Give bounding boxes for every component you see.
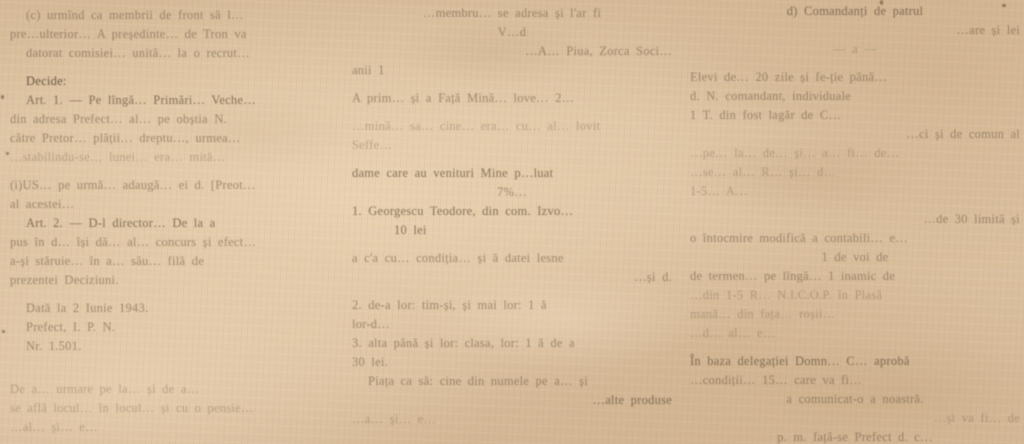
text-line: …se… al… R… și… d… xyxy=(690,163,1020,182)
text-line: …ci și de comun al xyxy=(690,125,1020,144)
text-line: …membru… se adresa și l'ar fi xyxy=(352,4,672,23)
text-line: (c) urmînd ca membrii de front să l… xyxy=(10,6,334,25)
text-line: a-și stăruie… în a… său… filă de xyxy=(10,252,334,271)
text-line: …și d. xyxy=(352,268,672,287)
text-line: 7%… xyxy=(352,183,672,202)
column-left: (c) urmînd ca membrii de front să l…pre…… xyxy=(10,0,334,437)
paper-speck xyxy=(6,152,9,155)
text-line: d. N. comandant, individuale xyxy=(690,87,1020,106)
text-line: 1-5… A… xyxy=(690,182,1020,201)
text-line: (i)US… pe urmă… adaugă… ei d. [Preot… xyxy=(10,176,334,195)
text-line: …al… și… e… xyxy=(10,418,334,437)
text-line: Elevi de… 20 zile și fe-ție până… xyxy=(690,68,1020,87)
text-line: …A… Piua, Zorca Soci… xyxy=(352,42,672,61)
text-line: …din 1-5 R… N.I.C.O.P. în Plasă xyxy=(690,286,1020,305)
text-line: Decide: xyxy=(10,72,334,91)
text-line: 1 de voi de xyxy=(690,248,1020,267)
paper-speck xyxy=(1,95,4,99)
text-line: A prim… și a Față Mină… love… 2… xyxy=(352,89,672,108)
text-line: V…d xyxy=(352,23,672,42)
text-line: Nr. 1.501. xyxy=(10,337,334,356)
text-line: prezentei Deciziuni. xyxy=(10,271,334,290)
text-line: De a… urmare pe la… și de a… xyxy=(10,380,334,399)
text-line: al acestei… xyxy=(10,195,334,214)
text-line: 1 T. din fost lagăr de C… xyxy=(690,106,1020,125)
column-middle: …membru… se adresa și l'ar fiV…d…A… Piua… xyxy=(352,0,672,429)
text-line: …a… și… e… xyxy=(352,410,672,429)
text-line: 10 lei xyxy=(352,221,672,240)
text-line: de termen… pe lîngă… 1 inamic de xyxy=(690,267,1020,286)
text-line: p. m. față-se Prefect d. c… xyxy=(690,428,1020,444)
text-line: — a — xyxy=(690,40,1020,59)
text-line: 2. de-a lor: tim-și, și mai lor: 1 ă xyxy=(352,296,672,315)
text-line: a comunicat-o a noastră. xyxy=(690,390,1020,409)
text-line: 3. alta până și lor: clasa, lor: 1 ă de … xyxy=(352,334,672,353)
text-line: …pe… la… de… și… a… fi… de… xyxy=(690,144,1020,163)
text-line: …d… al… e… xyxy=(690,324,1020,343)
text-line: mană… din fața… roșii… xyxy=(690,305,1020,324)
text-line: din adresa Prefect… al… pe obștia N. xyxy=(10,110,334,129)
text-line: 30 lei. xyxy=(352,353,672,372)
text-line: a c'a cu… condiția… și ă datei lesne xyxy=(352,249,672,268)
text-line: …are și lei xyxy=(690,21,1020,40)
text-line: Art. 2. — D-l director… De la a xyxy=(10,214,334,233)
text-line: …de 30 limită și xyxy=(690,210,1020,229)
text-line: lor-d… xyxy=(352,315,672,334)
text-line: datorat comisiei… unită… la o recrut… xyxy=(10,44,334,63)
text-line: d) Comandanți de patrul xyxy=(690,2,1020,21)
text-line: se află locul… în locul… și cu o pensie… xyxy=(10,399,334,418)
column-right: d) Comandanți de patrul…are și lei— a —E… xyxy=(690,0,1020,444)
text-line: …și va fi… de xyxy=(690,409,1020,428)
text-line: În baza delegației Domn… C… aprobă xyxy=(690,352,1020,371)
text-line: pre…ulterior… A președinte… de Tron va xyxy=(10,25,334,44)
text-line: către Pretor… plății… dreptu…, urmea… xyxy=(10,129,334,148)
text-line: …mină… sa… cine… era… cu… al… lovit xyxy=(352,117,672,136)
paper-speck xyxy=(2,330,5,333)
text-line: …stabilindu-se… lunei… era… mită… xyxy=(10,148,334,167)
text-line: Art. 1. — Pe lîngă… Primări… Veche… xyxy=(10,91,334,110)
text-line: Seffe… xyxy=(352,136,672,155)
text-line: Piața ca să: cine din numele pe a… și xyxy=(352,372,672,391)
text-line: dame care au venituri Mine p…luat xyxy=(352,164,672,183)
text-line: Dată la 2 Iunie 1943. xyxy=(10,299,334,318)
text-line: anii 1 xyxy=(352,61,672,80)
text-line: o întocmire modifică a contabili… e… xyxy=(690,229,1020,248)
text-line: …alte produse xyxy=(352,391,672,410)
text-line: pus în d… își dă… al… concurs și efect… xyxy=(10,233,334,252)
text-line: …condiții… 15… care va fi… xyxy=(690,371,1020,390)
document-page: (c) urmînd ca membrii de front să l…pre…… xyxy=(0,0,1024,444)
text-line: 1. Georgescu Teodore, din com. Izvo… xyxy=(352,202,672,221)
text-line: Prefect, I. P. N. xyxy=(10,318,334,337)
